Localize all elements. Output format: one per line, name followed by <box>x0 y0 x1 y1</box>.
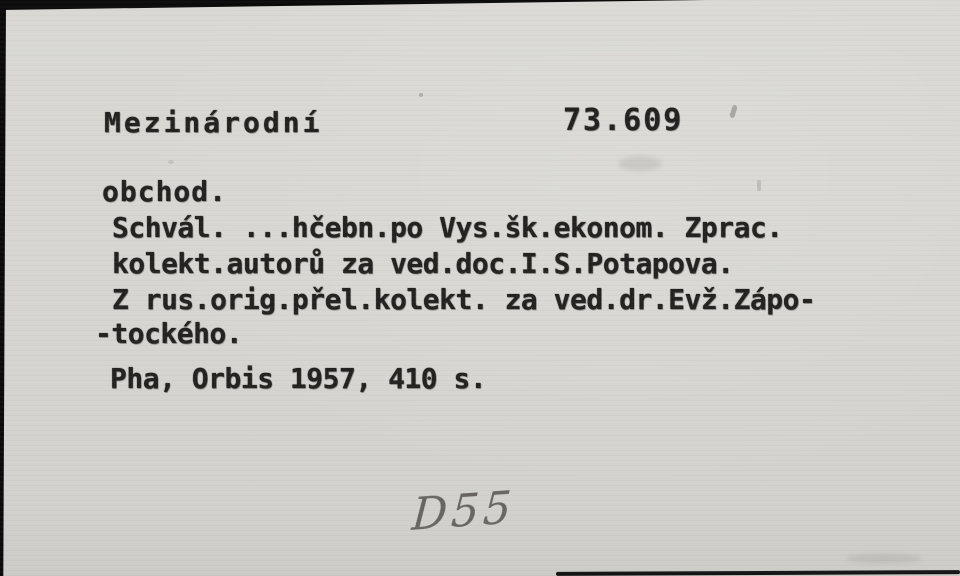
ink-speckle <box>757 180 761 191</box>
body-line-3: Z rus.orig.přel.kolekt. za ved.dr.Evž.Zá… <box>112 283 815 316</box>
ink-speckle <box>729 105 737 119</box>
body-line-2: kolekt.autorů za ved.doc.I.S.Potapova. <box>112 247 734 280</box>
card-bottom-edge <box>556 570 960 576</box>
card-heading: Mezinárodní <box>104 106 322 139</box>
body-line-1: Schvál. ...hčebn.po Vys.šk.ekonom. Zprac… <box>112 211 783 244</box>
catalog-card-scan: Mezinárodní 73.609 obchod. Schvál. ...hč… <box>0 0 960 576</box>
body-line-4: -tockého. <box>95 317 242 350</box>
scan-border-left <box>0 0 6 576</box>
scan-border-top <box>0 0 706 10</box>
pencil-smudge <box>846 554 922 563</box>
call-number: 73.609 <box>563 103 683 138</box>
handwritten-call-number: D55 <box>410 482 517 541</box>
pencil-smudge <box>618 156 662 171</box>
card-heading-continued: obchod. <box>102 175 227 208</box>
ink-speckle <box>168 160 174 164</box>
ink-speckle <box>419 93 423 97</box>
imprint-line: Pha, Orbis 1957, 410 s. <box>110 362 486 395</box>
